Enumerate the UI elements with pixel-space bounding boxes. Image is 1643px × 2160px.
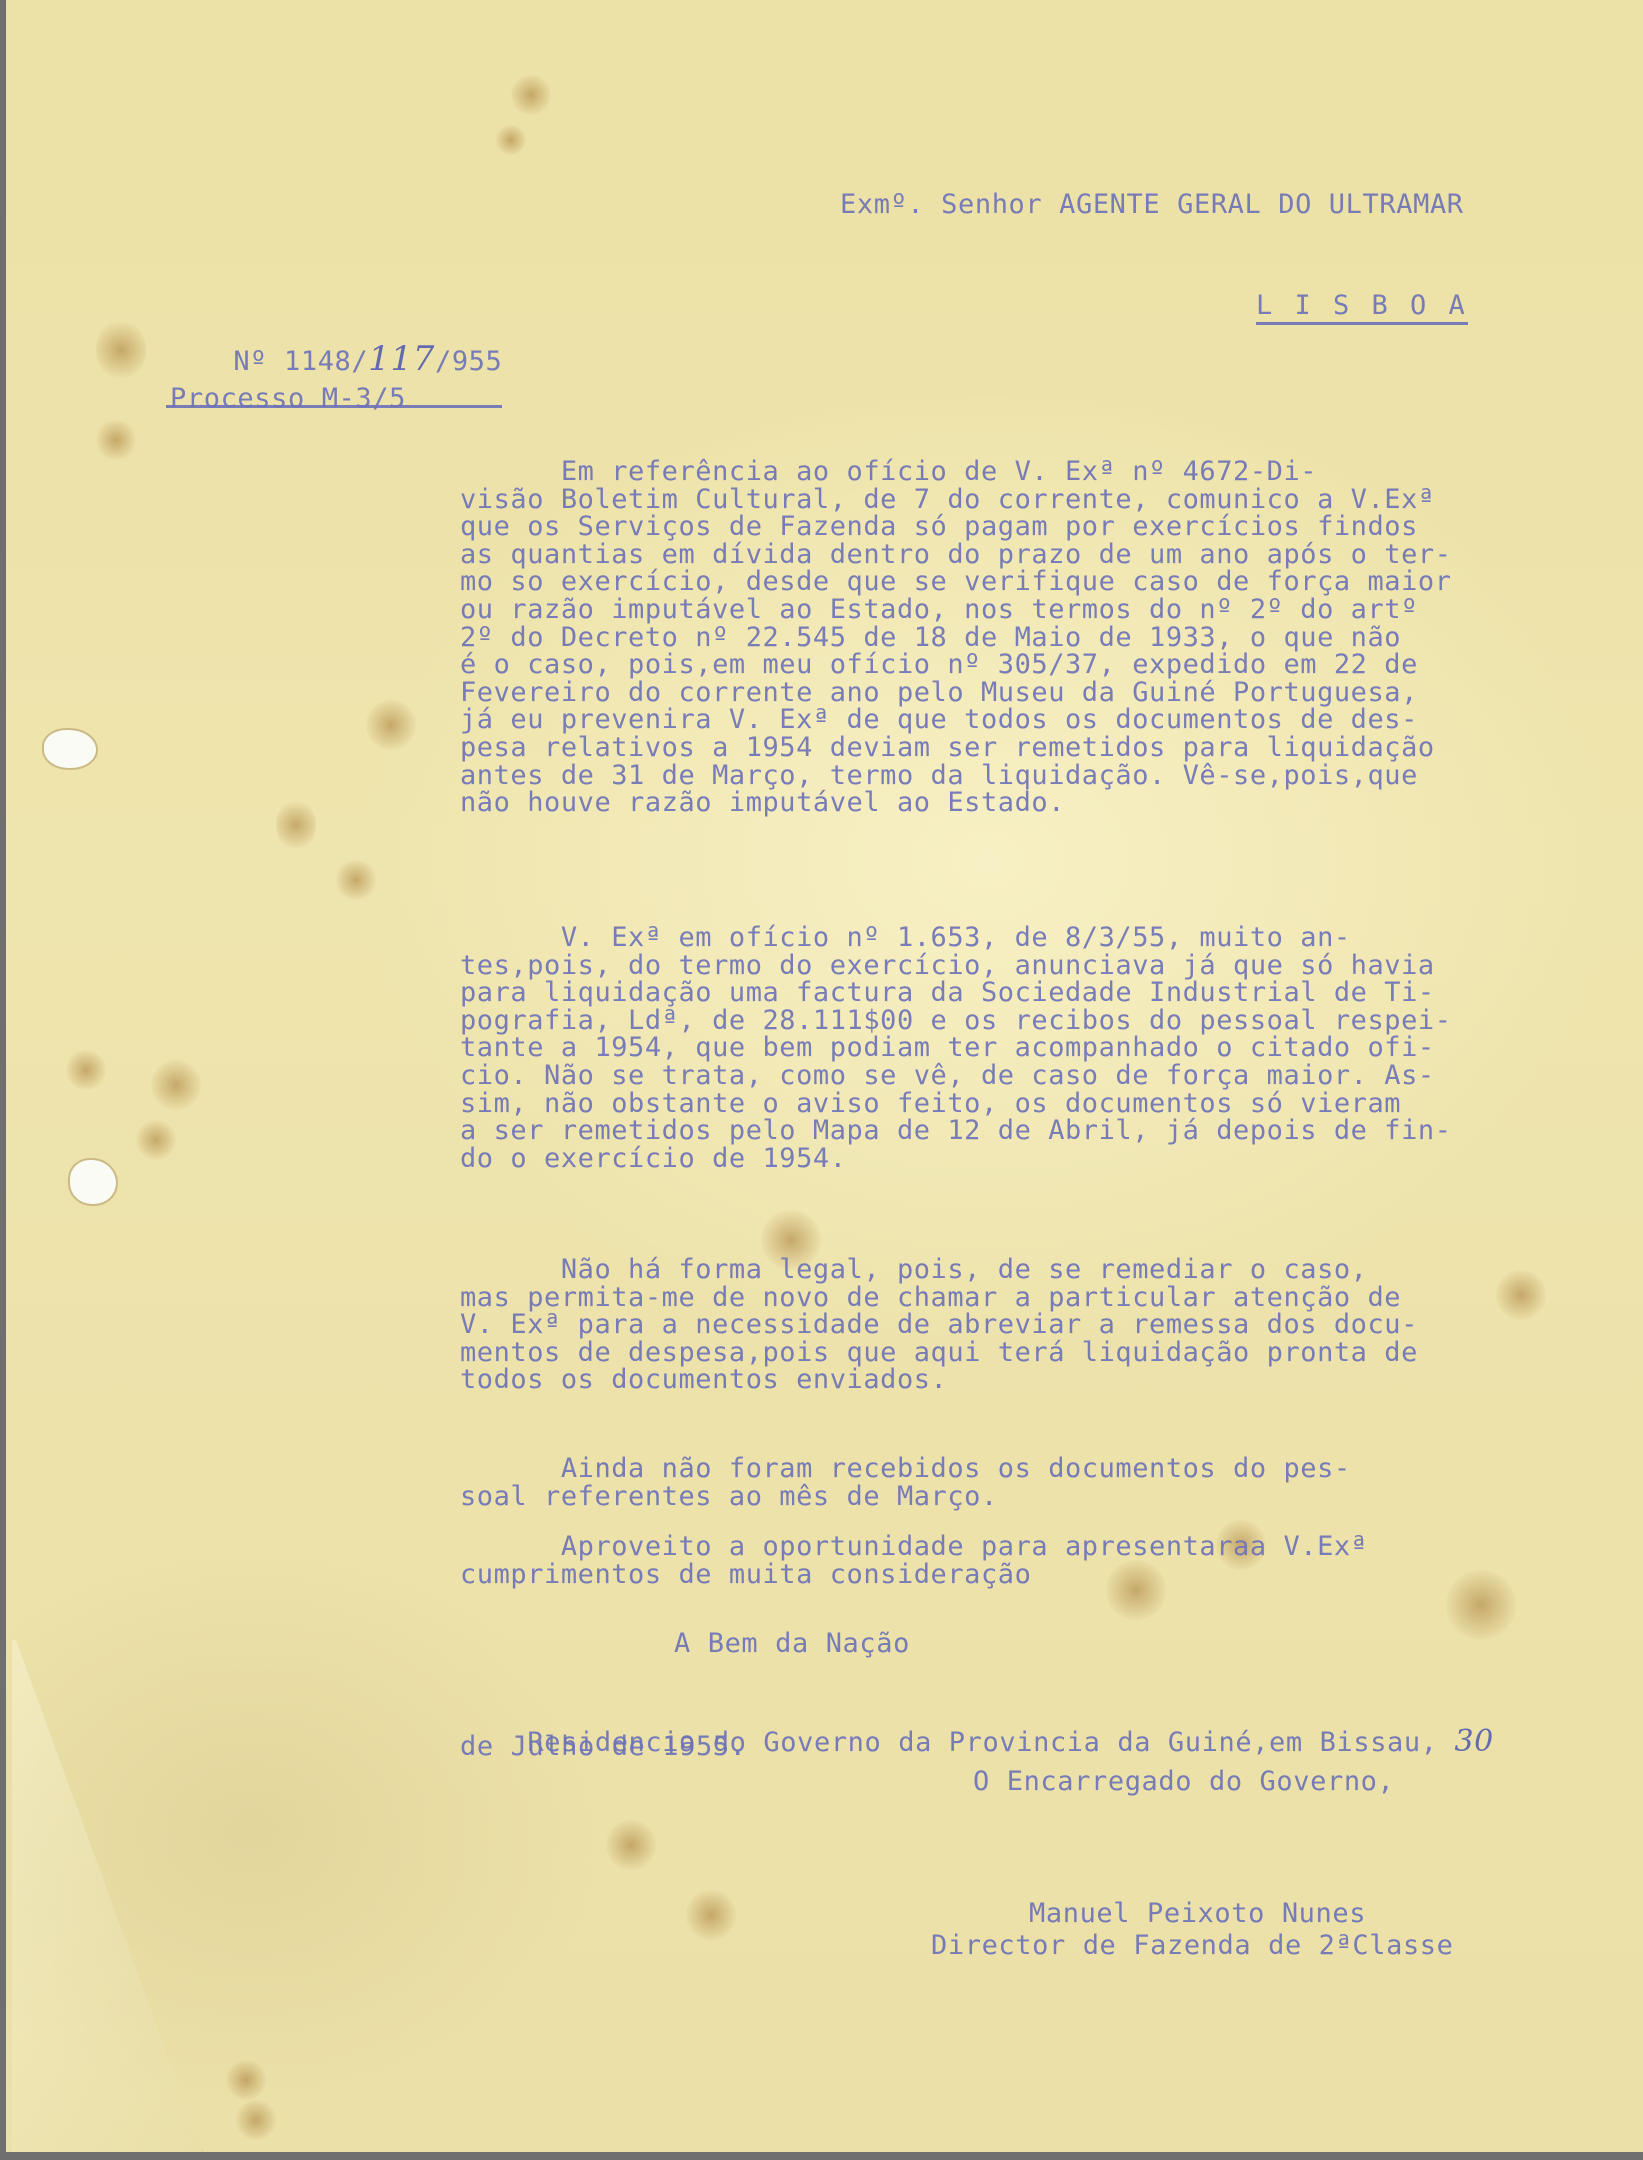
stain	[606, 1820, 656, 1870]
text-line: ou razão imputável ao Estado, nos termos…	[460, 596, 1640, 624]
stain	[236, 2100, 276, 2140]
paragraph-4: Ainda não foram recebidos os documentos …	[460, 1455, 1640, 1510]
stain	[226, 2060, 266, 2100]
text-line: Ainda não foram recebidos os documentos …	[460, 1455, 1640, 1483]
paragraph-1: Em referência ao ofício de V. Exª nº 467…	[460, 458, 1640, 817]
text-line: pografia, Ldª, de 28.111$00 e os recibos…	[460, 1007, 1640, 1035]
text-line: tes,pois, do termo do exercício, anuncia…	[460, 952, 1640, 980]
text-line: Aproveito a oportunidade para apresentar…	[460, 1533, 1640, 1561]
text-line: sim, não obstante o aviso feito, os docu…	[460, 1090, 1640, 1118]
text-line: Fevereiro do corrente ano pelo Museu da …	[460, 679, 1640, 707]
text-line: Em referência ao ofício de V. Exª nº 467…	[460, 458, 1640, 486]
handwritten-day: 30	[1454, 1724, 1493, 1759]
text-line: todos os documentos enviados.	[460, 1366, 1640, 1394]
text-line: mentos de despesa,pois que aqui terá liq…	[460, 1339, 1640, 1367]
text-line: Não há forma legal, pois, de se remediar…	[460, 1256, 1640, 1284]
text-line: é o caso, pois,em meu ofício nº 305/37, …	[460, 651, 1640, 679]
stain	[511, 75, 551, 115]
text-line: do o exercício de 1954.	[460, 1145, 1640, 1173]
text-line: V. Exª para a necessidade de abreviar a …	[460, 1311, 1640, 1339]
text-line: pesa relativos a 1954 deviam ser remetid…	[460, 734, 1640, 762]
document-page: Exmº. Senhor AGENTE GERAL DO ULTRAMAR L …	[6, 0, 1643, 2152]
stain	[496, 125, 526, 155]
text-line: soal referentes ao mês de Março.	[460, 1483, 1640, 1511]
text-line: as quantias em dívida dentro do prazo de…	[460, 541, 1640, 569]
city: L I S B O A	[1256, 292, 1468, 325]
process-number: Processo M-3/5	[170, 385, 406, 413]
stain	[96, 420, 136, 460]
paragraph-5: Aproveito a oportunidade para apresentar…	[460, 1533, 1640, 1588]
signatory-name: Manuel Peixoto Nunes	[1029, 1900, 1366, 1928]
text-line: mo so exercício, desde que se verifique …	[460, 568, 1640, 596]
signatory-role: O Encarregado do Governo,	[973, 1768, 1394, 1796]
stain	[686, 1890, 736, 1940]
addressee: Exmº. Senhor AGENTE GERAL DO ULTRAMAR	[840, 191, 1464, 219]
text-line: mas permita-me de novo de chamar a parti…	[460, 1284, 1640, 1312]
reference-prefix: Nº 1148/	[233, 346, 368, 377]
text-line: cumprimentos de muita consideração	[460, 1561, 1640, 1589]
text-line: para liquidação uma factura da Sociedade…	[460, 979, 1640, 1007]
punch-hole-bottom	[70, 1160, 116, 1204]
closing-salutation: A Bem da Nação	[674, 1630, 910, 1658]
stain	[151, 1060, 201, 1110]
paragraph-2: V. Exª em ofício nº 1.653, de 8/3/55, mu…	[460, 924, 1640, 1172]
reference-suffix: /955	[435, 346, 502, 377]
text-line: a ser remetidos pelo Mapa de 12 de Abril…	[460, 1117, 1640, 1145]
stain	[96, 320, 146, 380]
text-line: V. Exª em ofício nº 1.653, de 8/3/55, mu…	[460, 924, 1640, 952]
date-line: de Julho de 1955.	[460, 1733, 747, 1761]
stain	[136, 1120, 176, 1160]
stain	[366, 700, 416, 750]
text-line: 2º do Decreto nº 22.545 de 18 de Maio de…	[460, 624, 1640, 652]
text-line: que os Serviços de Fazenda só pagam por …	[460, 513, 1640, 541]
text-line: não houve razão imputável ao Estado.	[460, 789, 1640, 817]
paragraph-3: Não há forma legal, pois, de se remediar…	[460, 1256, 1640, 1394]
signatory-title: Director de Fazenda de 2ªClasse	[931, 1932, 1454, 1960]
stain	[336, 860, 376, 900]
reference-handwritten: 117	[368, 339, 435, 379]
punch-hole-top	[44, 730, 96, 768]
text-line: visão Boletim Cultural, de 7 do corrente…	[460, 486, 1640, 514]
stain	[276, 800, 316, 850]
text-line: antes de 31 de Março, termo da liquidaçã…	[460, 762, 1640, 790]
folded-corner	[12, 1640, 203, 2152]
text-line: tante a 1954, que bem podiam ter acompan…	[460, 1034, 1640, 1062]
text-line: já eu prevenira V. Exª de que todos os d…	[460, 706, 1640, 734]
text-line: cio. Não se trata, como se vê, de caso d…	[460, 1062, 1640, 1090]
stain	[66, 1050, 106, 1090]
